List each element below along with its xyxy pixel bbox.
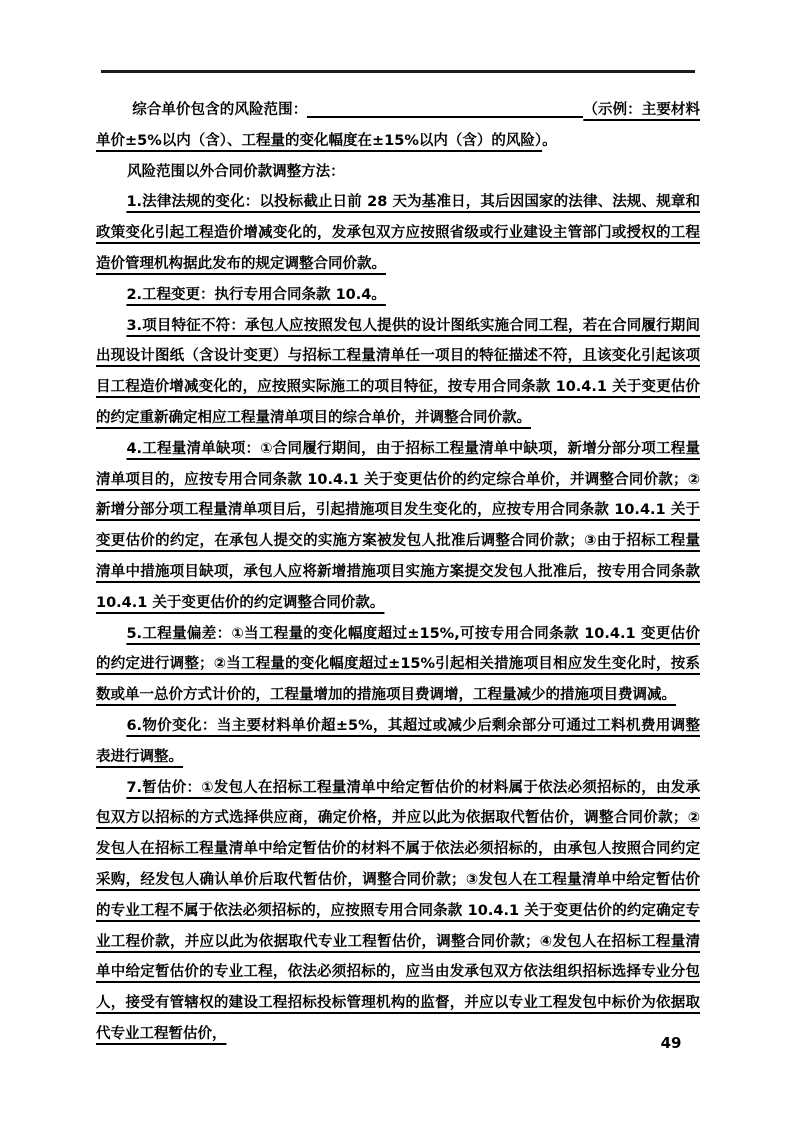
- clause-paragraph-6: 6.物价变化：当主要材料单价超±5%，其超过或减少后剩余部分可通过工料机费用调整…: [96, 711, 700, 773]
- adjustment-methods-heading: 风险范围以外合同价款调整方法：: [96, 157, 700, 188]
- page-number: 49: [656, 1034, 686, 1052]
- risk-scope-paragraph: 综合单价包含的风险范围：（示例：主要材料单价±5%以内（含）、工程量的变化幅度在…: [96, 95, 700, 157]
- clause-paragraph-7: 7.暂估价：①发包人在招标工程量清单中给定暂估价的材料属于依法必须招标的，由发承…: [96, 773, 700, 1050]
- document-page: 综合单价包含的风险范围：（示例：主要材料单价±5%以内（含）、工程量的变化幅度在…: [0, 0, 793, 1121]
- header-rule: [101, 70, 695, 73]
- clause-paragraph-4: 4.工程量清单缺项：①合同履行期间，由于招标工程量清单中缺项，新增分部分项工程量…: [96, 434, 700, 619]
- document-content: 综合单价包含的风险范围：（示例：主要材料单价±5%以内（含）、工程量的变化幅度在…: [96, 95, 700, 1050]
- clause-paragraph-3: 3.项目特征不符：承包人应按照发包人提供的设计图纸实施合同工程，若在合同履行期间…: [96, 311, 700, 434]
- fill-in-blank[interactable]: [307, 111, 583, 118]
- risk-scope-period: 。: [542, 133, 557, 149]
- clauses-list: 1.法律法规的变化：以投标截止日前 28 天为基准日，其后因国家的法律、法规、规…: [96, 187, 700, 1049]
- clause-paragraph-2: 2.工程变更：执行专用合同条款 10.4。: [96, 280, 700, 311]
- clause-paragraph-5: 5.工程量偏差：①当工程量的变化幅度超过±15%,可按专用合同条款 10.4.1…: [96, 619, 700, 711]
- risk-scope-label: 综合单价包含的风险范围：: [132, 102, 307, 118]
- clause-paragraph-1: 1.法律法规的变化：以投标截止日前 28 天为基准日，其后因国家的法律、法规、规…: [96, 187, 700, 279]
